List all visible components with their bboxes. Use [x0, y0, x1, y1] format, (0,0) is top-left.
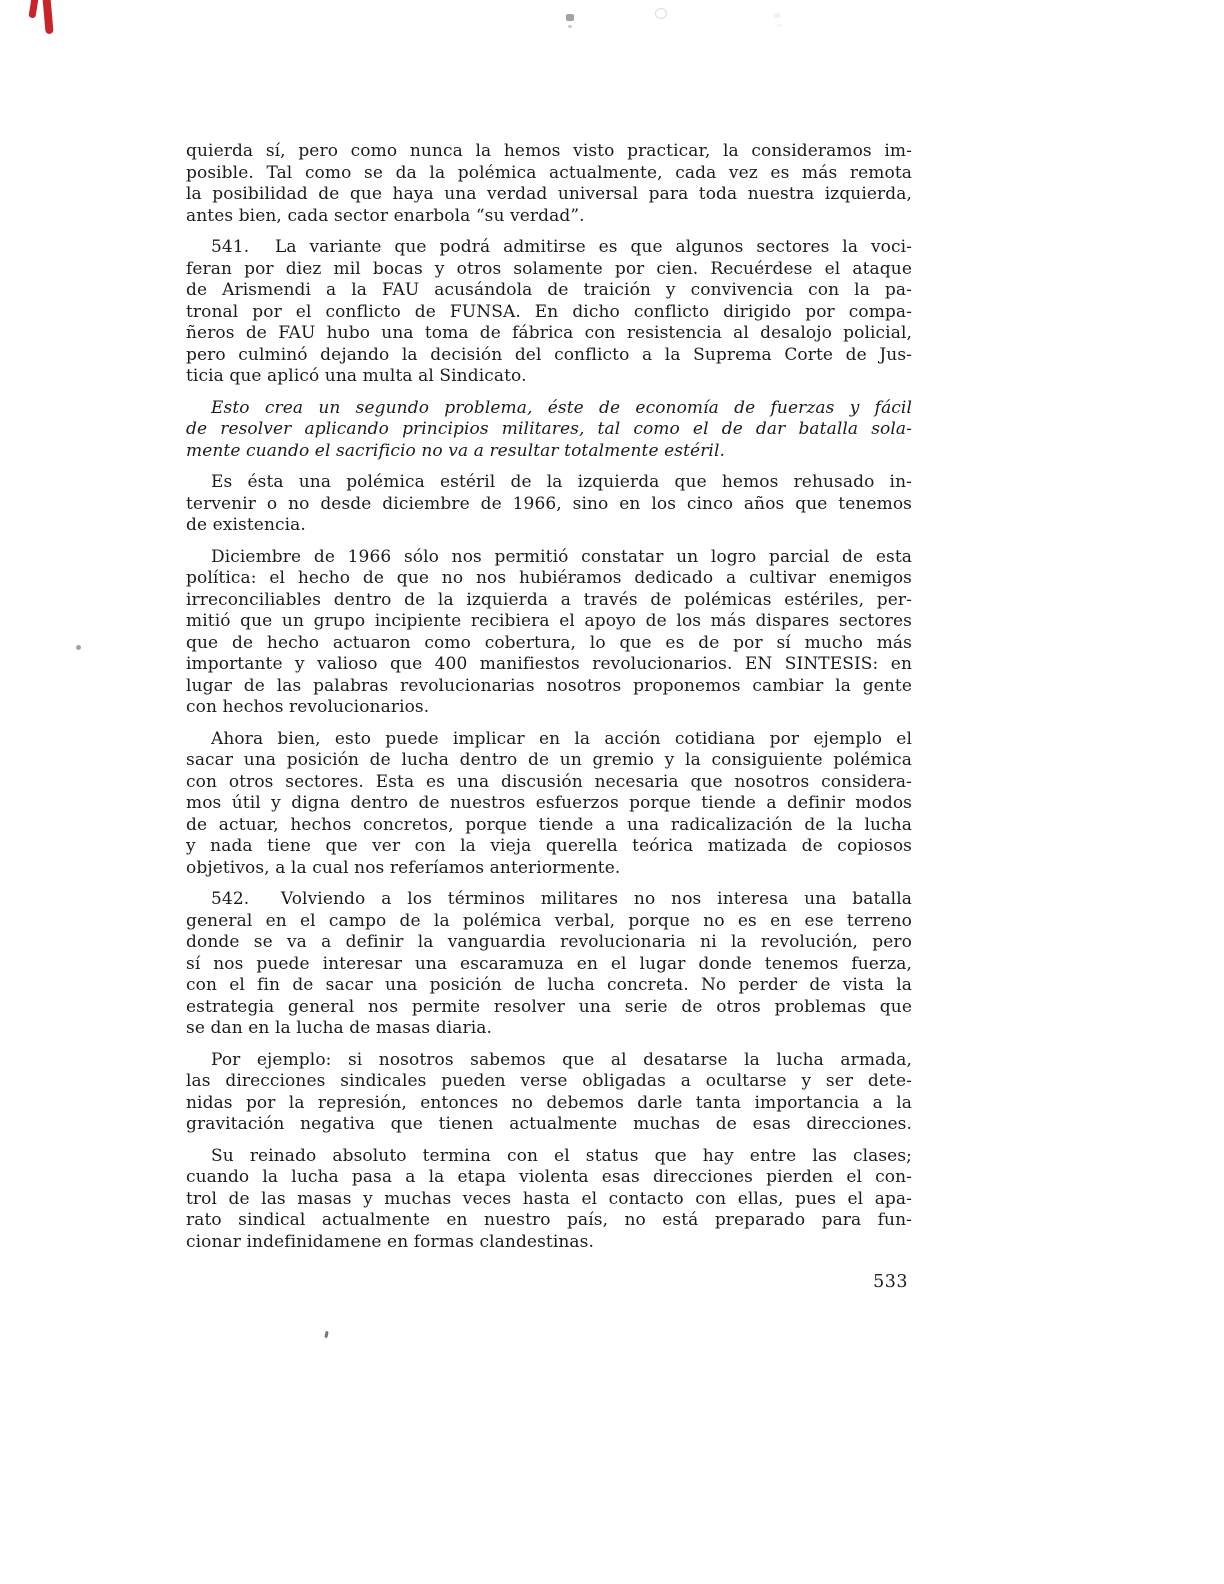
text-line: importante y valioso que 400 manifiestos… [186, 654, 912, 676]
red-pen-mark [28, 0, 38, 18]
text-line: general en el campo de la polémica verba… [186, 911, 912, 933]
paragraph-continuation: quierda sí, pero como nunca la hemos vis… [186, 141, 912, 227]
text-line: sí nos puede interesar una escaramuza en… [186, 954, 912, 976]
text-line: ticia que aplicó una multa al Sindicato. [186, 366, 912, 388]
text-line: con hechos revolucionarios. [186, 697, 912, 719]
text-line: tervenir o no desde diciembre de 1966, s… [186, 494, 912, 516]
text-line: lugar de las palabras revolucionarias no… [186, 676, 912, 698]
text-line: irreconciliables dentro de la izquierda … [186, 590, 912, 612]
text-line: posible. Tal como se da la polémica actu… [186, 163, 912, 185]
text-line: Diciembre de 1966 sólo nos permitió cons… [186, 547, 912, 569]
scan-speck [777, 24, 782, 27]
page-number: 533 [186, 1272, 908, 1292]
text-line: de Arismendi a la FAU acusándola de trai… [186, 280, 912, 302]
paragraph-es-esta: Es ésta una polémica estéril de la izqui… [186, 472, 912, 537]
text-line: con el fin de sacar una posición de luch… [186, 975, 912, 997]
scan-speck [568, 25, 572, 28]
text-line: que de hecho actuaron como cobertura, lo… [186, 633, 912, 655]
scan-speck [774, 13, 780, 18]
text-line: las direcciones sindicales pueden verse … [186, 1071, 912, 1093]
scan-speck [324, 1331, 328, 1338]
text-line: quierda sí, pero como nunca la hemos vis… [186, 141, 912, 163]
text-line: donde se va a definir la vanguardia revo… [186, 932, 912, 954]
text-line: nidas por la represión, entonces no debe… [186, 1093, 912, 1115]
text-line: y nada tiene que ver con la vieja querel… [186, 836, 912, 858]
scan-speck [566, 14, 574, 21]
text-line: objetivos, a la cual nos referíamos ante… [186, 858, 912, 880]
text-line: 542. Volviendo a los términos militares … [186, 889, 912, 911]
text-line: antes bien, cada sector enarbola “su ver… [186, 206, 912, 228]
text-line: mitió que un grupo incipiente recibiera … [186, 611, 912, 633]
text-line: se dan en la lucha de masas diaria. [186, 1018, 912, 1040]
paragraph-su-reinado: Su reinado absoluto termina con el statu… [186, 1146, 912, 1254]
paragraph-por-ejemplo: Por ejemplo: si nosotros sabemos que al … [186, 1050, 912, 1136]
text-line: Por ejemplo: si nosotros sabemos que al … [186, 1050, 912, 1072]
text-line: política: el hecho de que no nos hubiéra… [186, 568, 912, 590]
text-line: cionar indefinidamene en formas clandest… [186, 1232, 912, 1254]
text-line: mente cuando el sacrificio no va a resul… [186, 441, 912, 463]
scanned-book-page: quierda sí, pero como nunca la hemos vis… [0, 0, 1224, 1584]
text-line: de actuar, hechos concretos, porque tien… [186, 815, 912, 837]
text-line: de existencia. [186, 515, 912, 537]
text-line: feran por diez mil bocas y otros solamen… [186, 259, 912, 281]
text-line: 541. La variante que podrá admitirse es … [186, 237, 912, 259]
text-line: trol de las masas y muchas veces hasta e… [186, 1189, 912, 1211]
scan-speck [655, 8, 667, 19]
text-line: de resolver aplicando principios militar… [186, 419, 912, 441]
text-line: gravitación negativa que tienen actualme… [186, 1114, 912, 1136]
text-block: quierda sí, pero como nunca la hemos vis… [186, 141, 912, 1263]
text-line: ñeros de FAU hubo una toma de fábrica co… [186, 323, 912, 345]
text-line: tronal por el conflicto de FUNSA. En dic… [186, 302, 912, 324]
text-line: Esto crea un segundo problema, éste de e… [186, 398, 912, 420]
text-line: Es ésta una polémica estéril de la izqui… [186, 472, 912, 494]
paragraph-ahora-bien: Ahora bien, esto puede implicar en la ac… [186, 729, 912, 880]
red-pen-mark [42, 0, 53, 34]
paragraph-esto-crea: Esto crea un segundo problema, éste de e… [186, 398, 912, 463]
text-line: mos útil y digna dentro de nuestros esfu… [186, 793, 912, 815]
text-line: sacar una posición de lucha dentro de un… [186, 750, 912, 772]
paragraph-542: 542. Volviendo a los términos militares … [186, 889, 912, 1040]
text-line: cuando la lucha pasa a la etapa violenta… [186, 1167, 912, 1189]
scan-speck [76, 645, 81, 650]
text-line: estrategia general nos permite resolver … [186, 997, 912, 1019]
paragraph-541: 541. La variante que podrá admitirse es … [186, 237, 912, 388]
paragraph-diciembre: Diciembre de 1966 sólo nos permitió cons… [186, 547, 912, 719]
text-line: rato sindical actualmente en nuestro paí… [186, 1210, 912, 1232]
text-line: pero culminó dejando la decisión del con… [186, 345, 912, 367]
text-line: Su reinado absoluto termina con el statu… [186, 1146, 912, 1168]
text-line: Ahora bien, esto puede implicar en la ac… [186, 729, 912, 751]
text-line: la posibilidad de que haya una verdad un… [186, 184, 912, 206]
text-line: con otros sectores. Esta es una discusió… [186, 772, 912, 794]
